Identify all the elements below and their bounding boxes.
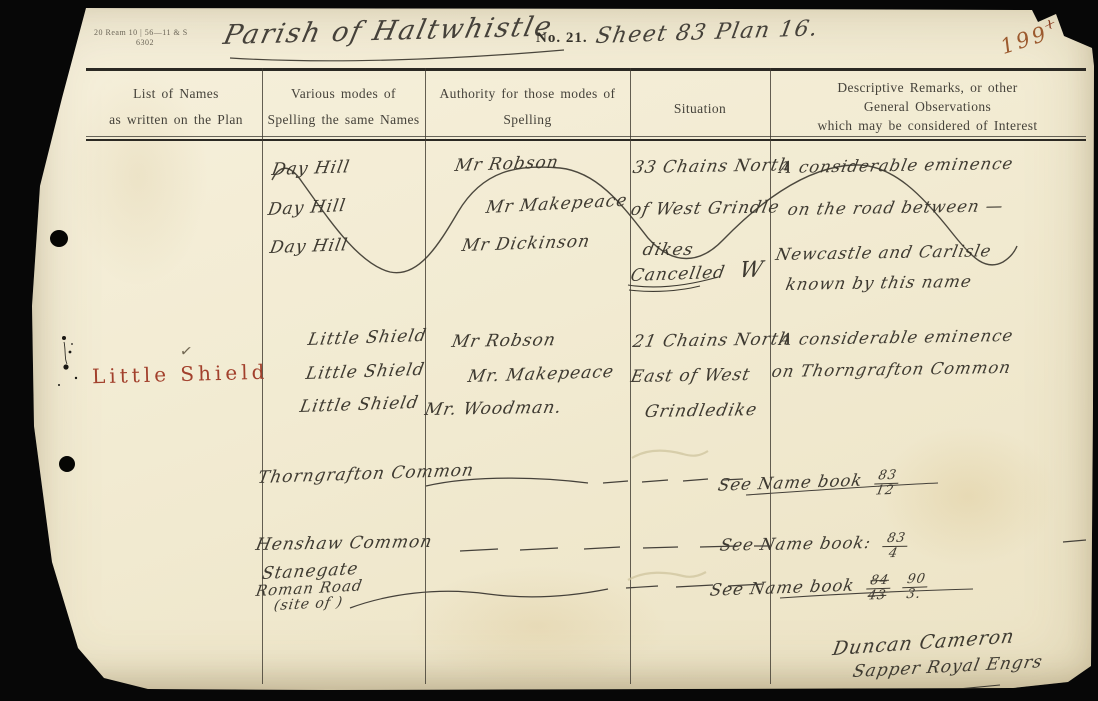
ghost-pencil-note-row3 <box>632 451 708 458</box>
authority-line: Mr Robson <box>453 152 560 176</box>
ghost-pencil-note-row5 <box>628 572 706 580</box>
punch-hole-bottom <box>59 456 75 472</box>
authority-line: Mr. Makepeace <box>466 362 616 387</box>
remark-line: See Name book 83 12 <box>715 466 901 501</box>
scan-background: { "page": { "folio_number": "199", "foli… <box>0 0 1098 701</box>
form-imprint-line2: 6302 <box>136 38 188 48</box>
header-authority-line2: Spelling <box>425 112 630 128</box>
authority-line: Mr. Woodman. <box>423 398 564 420</box>
form-imprint-line1: 20 Ream 10 | 56—11 & S <box>94 28 188 38</box>
remark-line: See Name book: 83 4 <box>717 529 910 561</box>
paper-stain <box>408 566 668 686</box>
struck-namebook-reference: 84 43 <box>864 574 894 603</box>
remark-line: on Thorngrafton Common <box>770 358 1013 381</box>
check-mark: ✓ <box>179 341 194 361</box>
situation-line: of West Grindle <box>629 197 781 220</box>
remark-line: Newcastle and Carlisle <box>774 241 993 264</box>
spelling-line: Little Shield <box>298 393 420 417</box>
remark-line: See Name book 84 43 90 3. <box>707 569 930 605</box>
remark-line: on the road between — <box>786 196 1005 219</box>
header-names-line2: as written on the Plan <box>90 112 262 128</box>
plan-name-little-shield: Little Shield <box>92 360 269 389</box>
namebook-reference: 90 3. <box>900 572 930 601</box>
header-remarks-line1: Descriptive Remarks, or other <box>770 80 1085 96</box>
situation-line: dikes <box>641 240 696 260</box>
continuation-dashes-row5 <box>350 584 763 608</box>
authority-line: Mr Robson <box>450 330 558 352</box>
cancelled-note: Cancelled W <box>629 257 766 287</box>
spelling-line: Day Hill <box>270 157 351 180</box>
spelling-line: Thorngrafton Common <box>256 460 476 488</box>
header-situation: Situation <box>630 101 770 117</box>
parish-title: Parish of Haltwhistle <box>221 11 557 51</box>
remark-line: A considerable eminence <box>778 326 1015 349</box>
namebook-reference: 83 4 <box>880 532 910 561</box>
spelling-line: Henshaw Common <box>254 532 434 555</box>
paper-sheet: 20 Ream 10 | 56—11 & S 6302 Parish of Ha… <box>28 6 1098 694</box>
namebook-reference: 83 12 <box>872 469 902 498</box>
cancelled-word: Cancelled <box>629 263 727 286</box>
header-divider-thick <box>86 139 1086 141</box>
situation-line: 21 Chains North <box>631 329 793 352</box>
punch-hole-top <box>50 230 68 247</box>
sheet-plan-title: Sheet 83 Plan 16. <box>594 16 821 49</box>
authority-line: Mr Dickinson <box>460 231 592 256</box>
remark-text: See Name book <box>708 576 856 600</box>
header-divider-thin <box>86 136 1086 137</box>
header-names-line1: List of Names <box>90 86 262 102</box>
cancel-initials: W <box>738 257 766 283</box>
spelling-line: (site of ) <box>273 594 344 614</box>
spelling-line: Day Hill <box>268 235 349 258</box>
remark-line: A considerable eminence <box>778 154 1015 177</box>
form-imprint: 20 Ream 10 | 56—11 & S 6302 <box>94 28 188 49</box>
authority-line: Mr Makepeace <box>484 190 629 218</box>
folio-mark: x <box>1044 15 1057 33</box>
continuation-dashes-row3 <box>426 478 743 486</box>
spelling-line: Little Shield <box>306 326 428 350</box>
remark-line: known by this name <box>784 272 973 294</box>
parish-underline-stroke <box>230 50 564 61</box>
header-remarks-line2: General Observations <box>770 99 1085 115</box>
header-authority-line1: Authority for those modes of <box>425 86 630 102</box>
form-number: No. 21. <box>536 30 588 47</box>
signature-underline <box>948 685 1000 690</box>
header-remarks-line3: which may be considered of Interest <box>770 118 1085 134</box>
situation-line: East of West <box>629 365 752 387</box>
situation-line: Grindledike <box>643 400 759 422</box>
column-rule-2 <box>425 68 426 684</box>
header-spelling-line2: Spelling the same Names <box>262 112 425 128</box>
situation-line: 33 Chains North <box>631 155 793 178</box>
ink-splatter <box>58 336 77 386</box>
spelling-line: Day Hill <box>266 196 347 220</box>
table-top-rule <box>86 68 1086 71</box>
header-spelling-line1: Various modes of <box>262 86 425 102</box>
remark-text: See Name book: <box>718 533 873 555</box>
spelling-line: Little Shield <box>304 360 426 384</box>
remark-text: See Name book <box>716 471 864 495</box>
